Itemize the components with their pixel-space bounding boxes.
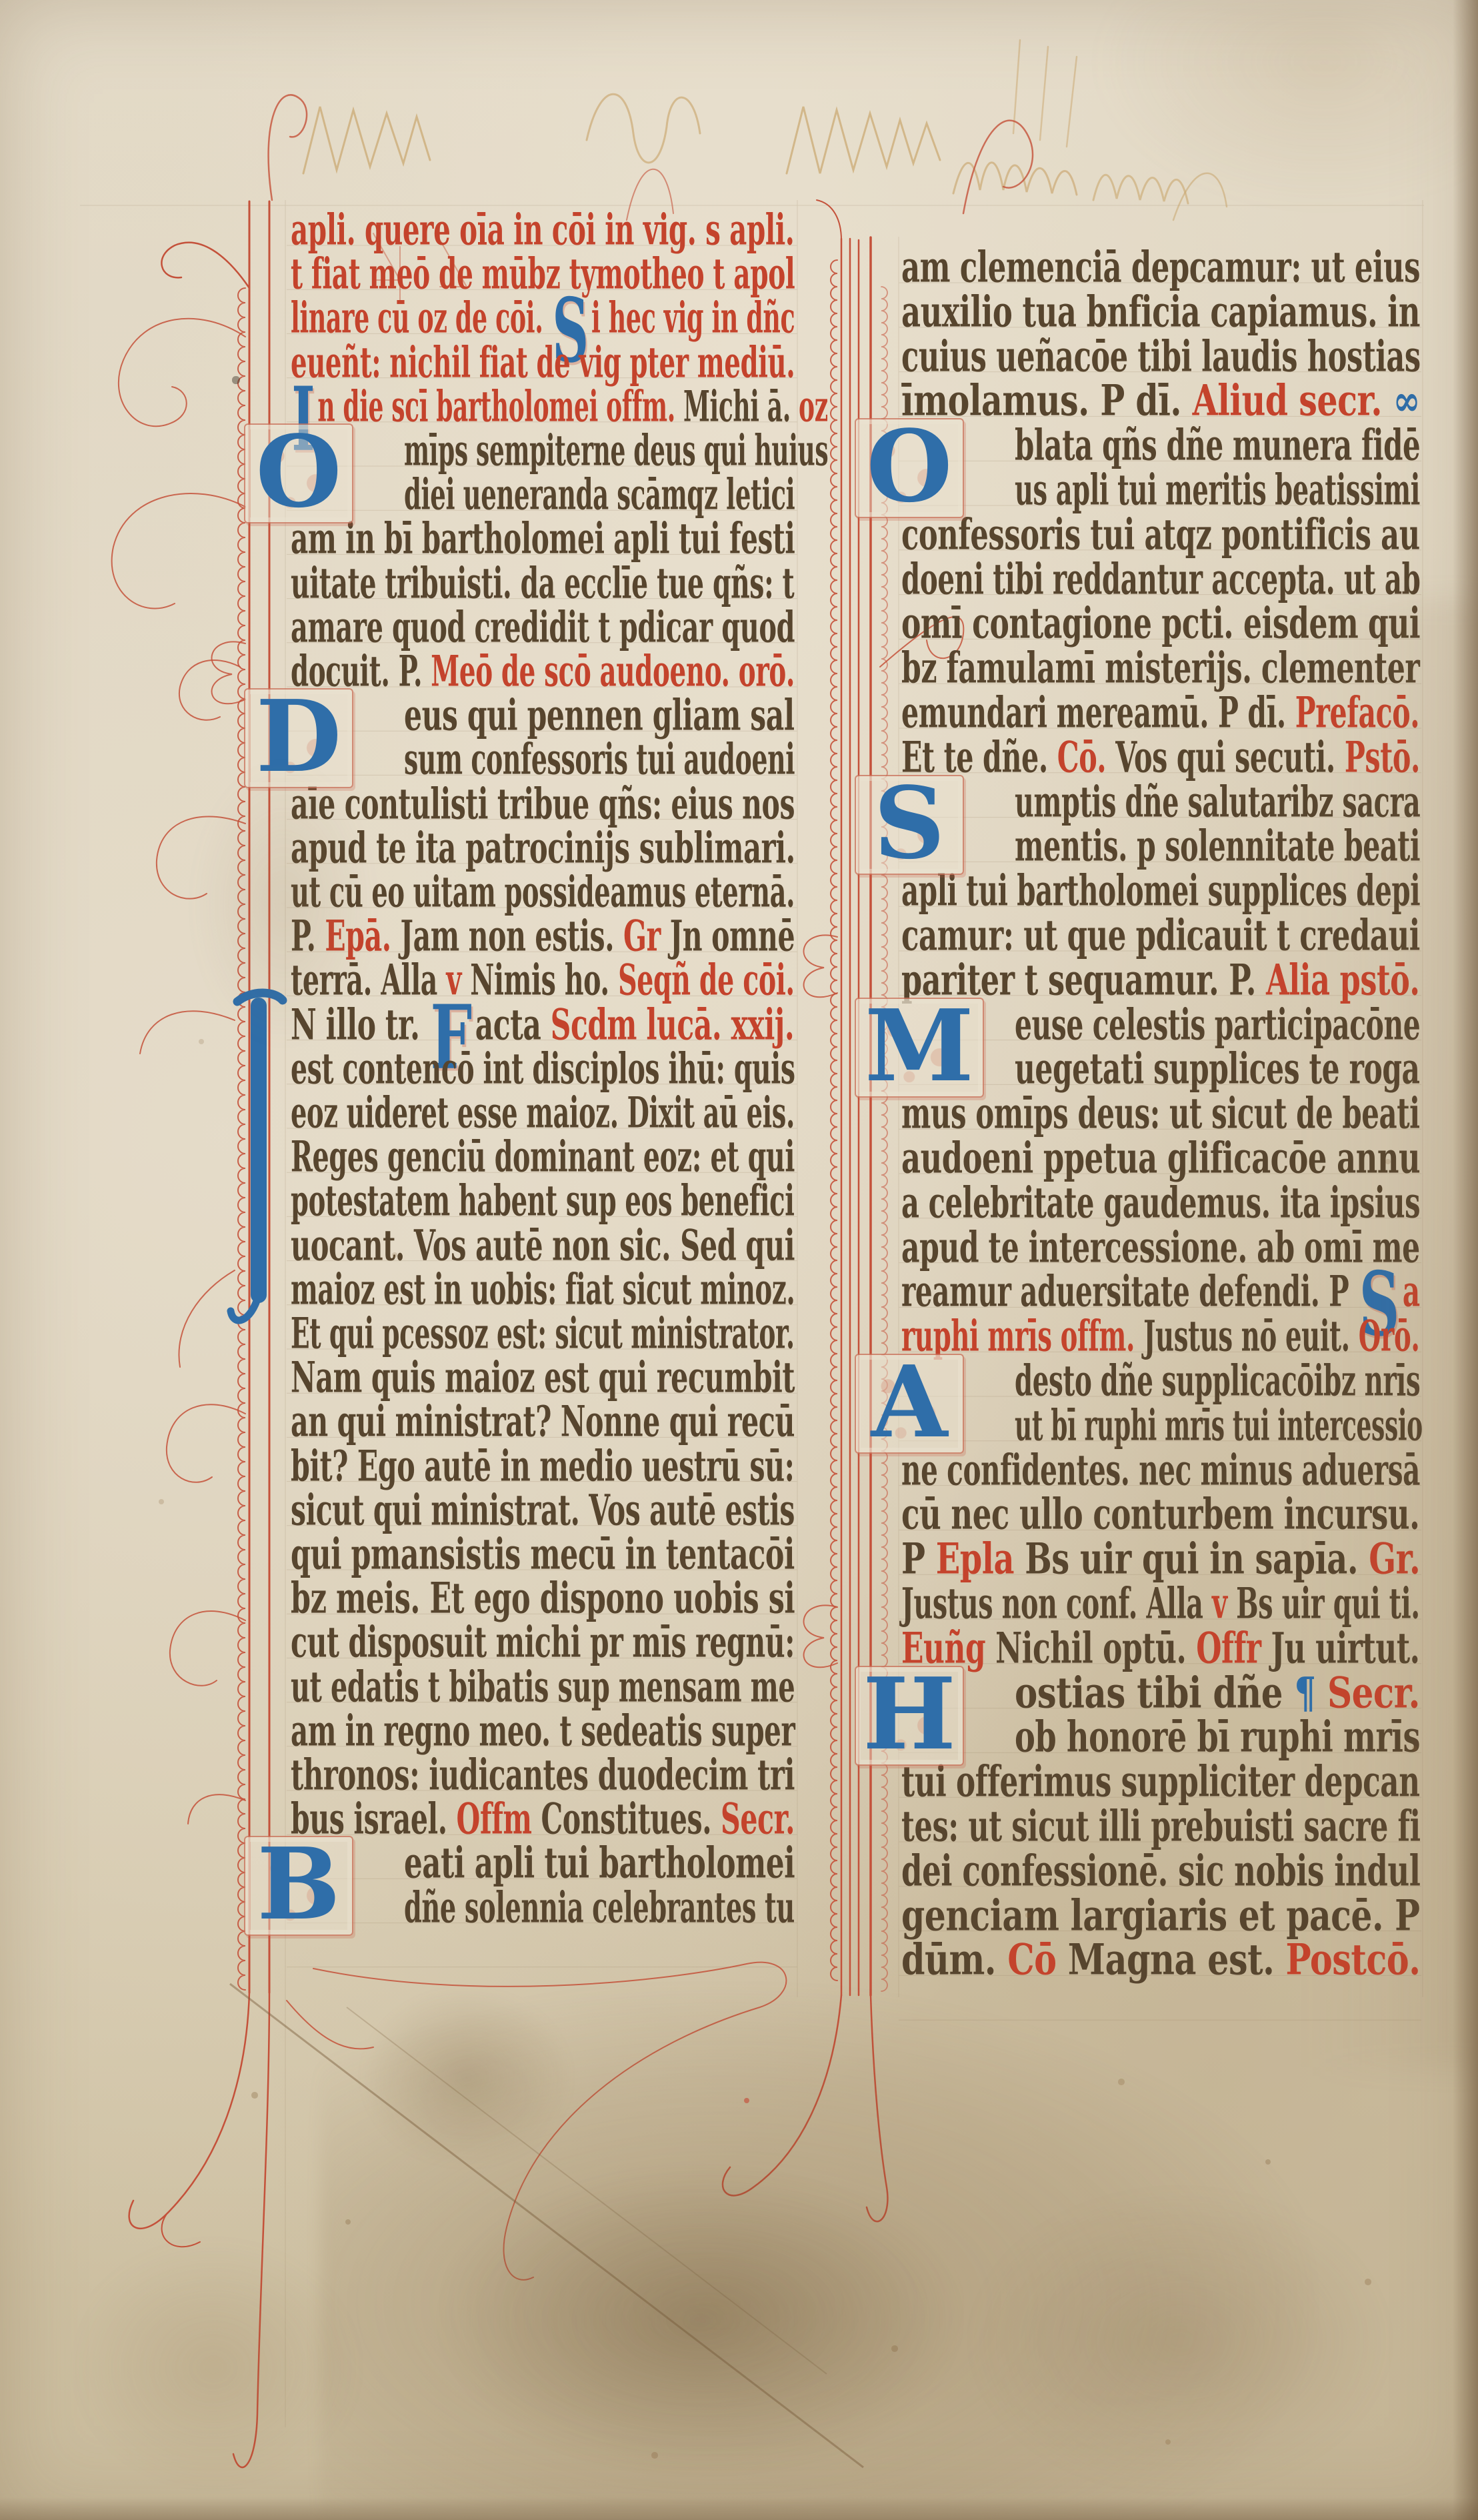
text-segment: genciam largiaris et pacē. P: [901, 1891, 1420, 1941]
text-segment: i hec vig in dñc: [591, 293, 795, 343]
text-line: terrā. Alla v Nimis ho. Seqñ de cōi.: [291, 958, 795, 1002]
text-segment: v: [1212, 1578, 1236, 1628]
text-segment: uegetati supplices te roga: [1015, 1044, 1420, 1094]
text-line: desto dñe supplicacōibz nrīs: [1015, 1359, 1420, 1403]
stain-bottom-left-corner: [67, 2241, 360, 2494]
text-line: tes: ut sicut illi prebuisti sacre fi: [901, 1804, 1421, 1848]
text-line: mus omīps deus: ut sicut de beati: [901, 1092, 1420, 1136]
text-segment: Bs uir qui ti.: [1236, 1578, 1420, 1628]
text-line: blata qñs dñe munera fidē: [1015, 423, 1420, 467]
page-edge-bottom: [0, 2497, 1478, 2520]
text-line: eoz uideret esse maioz. Dixit aū eis.: [291, 1091, 795, 1135]
text-line: Nam quis maioz est qui recumbit: [291, 1356, 795, 1400]
text-line: uitate tribuisti. da ecclīe tue qñs: t: [291, 561, 794, 605]
text-segment: Jam non estis.: [401, 911, 623, 961]
text-segment: ut bī ruphi mrīs tui intercessio: [1015, 1400, 1423, 1450]
text-segment: Cō.: [1057, 732, 1115, 782]
text-segment: Pstō.: [1345, 732, 1420, 782]
text-segment: Scdm lucā. xxij.: [551, 1000, 794, 1050]
text-segment: blata qñs dñe munera fidē: [1015, 420, 1420, 470]
text-segment: Offr: [1196, 1623, 1271, 1673]
text-line: ruphi mrīs offm. Justus nō euit. Orō.: [901, 1314, 1419, 1358]
text-segment: Orō.: [1359, 1311, 1420, 1361]
illuminated-initial-A: A: [855, 1354, 964, 1454]
text-line: omī contagione pcti. eisdem qui: [901, 601, 1420, 646]
text-line: P Epla Bs uir qui in sapīa. Gr.: [901, 1537, 1420, 1581]
text-segment: sicut qui ministrat. Vos autē estis: [291, 1485, 795, 1535]
text-line: cuius ueñacōe tibi laudis hostias: [901, 335, 1421, 379]
text-segment: Jn omnē: [670, 911, 795, 961]
text-segment: Seqñ de cōi.: [618, 955, 795, 1005]
text-line: apud te ita patrocinijs sublimari.: [291, 826, 795, 870]
text-segment: Epla: [936, 1534, 1025, 1584]
text-line: P. Epā. Jam non estis. Gr Jn omnē: [291, 914, 795, 958]
text-segment: Epā.: [325, 911, 400, 961]
text-segment: am clemenciā depcamur: ut eius: [901, 242, 1420, 292]
text-line: audoeni ppetua glificacōe annu: [901, 1136, 1420, 1180]
text-line: ut cū eo uitam possideamus eternā.: [291, 870, 795, 914]
text-segment: Nimis ho.: [470, 955, 618, 1005]
text-segment: N illo tr.: [291, 1000, 429, 1050]
text-line: dei confessionē. sic nobis indul: [901, 1849, 1420, 1893]
text-line: umptis dñe salutaribz sacra: [1015, 780, 1420, 824]
text-segment: am in bī bartholomei apli tui festi: [291, 513, 795, 563]
text-segment: qui pmansistis mecū in tentacōi: [291, 1529, 795, 1579]
text-segment: eueñt: nichil fiat de vig pter mediū.: [291, 337, 795, 387]
text-line: N illo tr. Facta Scdm lucā. xxij.: [291, 1003, 794, 1047]
text-line: mentis. p solennitate beati: [1015, 824, 1420, 868]
text-line: genciam largiaris et pacē. P: [901, 1894, 1420, 1938]
text-segment: doeni tibi reddantur accepta. ut ab: [901, 554, 1420, 604]
text-line: Justus non conf. Alla v Bs uir qui ti.: [901, 1582, 1420, 1626]
text-line: īmolamus. P dī. Aliud secr. ∞: [901, 379, 1420, 423]
illuminated-initial-M: M: [855, 998, 984, 1098]
text-line: confessoris tui atqz pontificis au: [901, 513, 1420, 557]
stain-large-bottom: [320, 1987, 1320, 2514]
text-segment: confessoris tui atqz pontificis au: [901, 509, 1420, 559]
text-line: t fiat meō de mūbz tymotheo t apol: [291, 252, 795, 296]
stain-bottom-right: [967, 2187, 1393, 2494]
text-segment: mīps sempiterne deus qui huius: [404, 425, 828, 475]
text-segment: tes: ut sicut illi prebuisti sacre fi: [901, 1801, 1421, 1851]
text-line: am clemenciā depcamur: ut eius: [901, 245, 1420, 289]
text-segment: euse celestis participacōne: [1015, 1000, 1420, 1050]
text-line: qui pmansistis mecū in tentacōi: [291, 1532, 795, 1576]
text-segment: Gr: [623, 911, 670, 961]
text-segment: apud te ita patrocinijs sublimari.: [291, 823, 795, 873]
text-segment: tui offerimus suppliciter depcan: [901, 1756, 1420, 1806]
text-line: eati apli tui bartholomei: [404, 1841, 795, 1885]
text-segment: apud te intercessione. ab omī me: [901, 1222, 1420, 1272]
text-segment: Postcō.: [1285, 1935, 1420, 1985]
text-segment: ¶: [1294, 1668, 1327, 1718]
illuminated-initial-B: B: [244, 1836, 353, 1936]
stain-below-left-column: [360, 1987, 573, 2167]
text-segment: Secr.: [721, 1794, 795, 1844]
text-line: dñe solennia celebrantes tu: [404, 1886, 795, 1930]
text-line: eueñt: nichil fiat de vig pter mediū.: [291, 341, 795, 385]
illuminated-initial-O: O: [244, 423, 353, 523]
text-line: camur: ut que pdicauit t credaui: [901, 914, 1420, 958]
text-segment: Justus nō euit.: [1143, 1311, 1359, 1361]
text-line: sicut qui ministrat. Vos autē estis: [291, 1488, 795, 1532]
text-line: auxilio tua bnficia capiamus. in: [901, 290, 1420, 334]
text-segment: bz meis. Et ego dispono uobis si: [291, 1573, 795, 1623]
text-line: bus israel. Offm Constitues. Secr.: [291, 1797, 795, 1841]
text-line: us apli tui meritis beatissimi: [1015, 468, 1420, 512]
text-segment: potestatem habent sup eos benefici: [291, 1176, 795, 1226]
text-segment: Michi ā.: [683, 381, 799, 431]
manuscript-page: apli. quere oīa in cōi in vig. s apli.t …: [0, 0, 1478, 2520]
text-segment: dñe solennia celebrantes tu: [404, 1882, 795, 1933]
text-segment: ut cū eo uitam possideamus eternā.: [291, 867, 795, 917]
text-line: cū nec ullo conturbem incursu.: [901, 1492, 1419, 1536]
text-line: Euñg Nichil optū. Offr Ju uirtut.: [901, 1626, 1420, 1670]
text-segment: uocant. Vos autē non sic. Sed qui: [291, 1220, 795, 1270]
illuminated-initial-O: O: [855, 418, 964, 518]
text-line: bit? Ego autē in medio uestrū sū:: [291, 1444, 794, 1488]
text-segment: est contencō int disciplos ihū: quis: [291, 1044, 795, 1094]
text-line: Et qui pcessoz est: sicut ministrator.: [291, 1312, 795, 1356]
text-line: am in regno meo. t sedeatis super: [291, 1709, 795, 1753]
page-edge-right: [1453, 0, 1478, 2520]
text-line: bz meis. Et ego dispono uobis si: [291, 1576, 795, 1620]
text-line: ut bī ruphi mrīs tui intercessio: [1015, 1404, 1423, 1448]
text-segment: a celebritate gaudemus. ita ipsius: [901, 1178, 1420, 1228]
text-line: linare cū oz de cōi. Si hec vig in dñc: [291, 296, 795, 340]
text-segment: dūm.: [901, 1935, 1007, 1985]
text-segment: Constitues.: [541, 1794, 721, 1844]
text-line: euse celestis participacōne: [1015, 1003, 1420, 1047]
text-segment: Reges genciū dominant eoz: et qui: [291, 1132, 795, 1182]
text-line: tui offerimus suppliciter depcan: [901, 1760, 1420, 1804]
text-segment: sum confessoris tui audoeni: [404, 734, 795, 784]
text-segment: uitate tribuisti. da ecclīe tue qñs: t: [291, 558, 794, 608]
text-segment: oz: [799, 381, 828, 431]
text-segment: t fiat meō de mūbz tymotheo t apol: [291, 249, 795, 299]
text-segment: cut disposuit michi pr mīs regnū:: [291, 1617, 795, 1667]
text-segment: linare cū oz de cōi.: [291, 293, 551, 343]
text-line: dūm. Cō Magna est. Postcō.: [901, 1938, 1420, 1982]
text-line: In die scī bartholomei offm. Michi ā. oz: [291, 385, 828, 429]
text-segment: Prefacō.: [1295, 688, 1419, 738]
text-line: ostias tibi dñe ¶ Secr.: [1015, 1671, 1420, 1715]
text-segment: am in regno meo. t sedeatis super: [291, 1706, 795, 1756]
text-segment: desto dñe supplicacōibz nrīs: [1015, 1356, 1420, 1406]
text-line: an qui ministrat? Nonne qui recū: [291, 1400, 795, 1444]
text-segment: cuius ueñacōe tibi laudis hostias: [901, 331, 1421, 381]
text-line: doeni tibi reddantur accepta. ut ab: [901, 557, 1420, 601]
text-segment: aīe contulisti tribue qñs: eius nos: [291, 779, 795, 829]
text-line: ob honorē bī ruphi mrīs: [1015, 1715, 1420, 1759]
text-segment: apli. quere oīa in cōi in vig. s apli.: [291, 205, 794, 255]
illuminated-initial-D: D: [244, 688, 353, 788]
text-segment: mentis. p solennitate beati: [1015, 821, 1420, 871]
text-segment: ob honorē bī ruphi mrīs: [1015, 1712, 1420, 1762]
text-segment: bz famulamī misterijs. clementer: [901, 643, 1419, 693]
text-line: uocant. Vos autē non sic. Sed qui: [291, 1224, 795, 1268]
text-segment: auxilio tua bnficia capiamus. in: [901, 287, 1420, 337]
text-line: apli. quere oīa in cōi in vig. s apli.: [291, 208, 794, 252]
illuminated-initial-H: H: [855, 1666, 964, 1766]
text-segment: Nam quis maioz est qui recumbit: [291, 1352, 795, 1402]
text-segment: n die scī bartholomei offm.: [317, 381, 683, 431]
text-segment: a: [1403, 1266, 1420, 1316]
text-line: bz famulamī misterijs. clementer: [901, 646, 1419, 690]
text-segment: apli tui bartholomei supplices depi: [901, 866, 1420, 916]
text-segment: eus qui pennen gliam sal: [404, 690, 795, 740]
text-segment: umptis dñe salutaribz sacra: [1015, 777, 1420, 827]
illuminated-initial-S: S: [855, 775, 964, 875]
text-segment: Ju uirtut.: [1271, 1623, 1419, 1673]
text-segment: acta: [475, 1000, 551, 1050]
text-line: eus qui pennen gliam sal: [404, 694, 795, 738]
text-line: amare quod credidit t pdicar quod: [291, 605, 795, 650]
text-segment: P.: [291, 911, 325, 961]
text-segment: bit? Ego autē in medio uestrū sū:: [291, 1441, 794, 1491]
text-segment: diei ueneranda scāmqz letici: [404, 469, 795, 519]
text-segment: Alia pstō.: [1266, 955, 1419, 1005]
text-segment: Et qui pcessoz est: sicut ministrator.: [291, 1308, 795, 1358]
text-segment: ∞: [1393, 375, 1420, 425]
text-line: ut edatis t bibatis sup mensam me: [291, 1665, 795, 1709]
text-line: mīps sempiterne deus qui huius: [404, 429, 828, 473]
text-line: Reges genciū dominant eoz: et qui: [291, 1135, 795, 1179]
text-segment: audoeni ppetua glificacōe annu: [901, 1133, 1420, 1183]
text-segment: Meō de scō audoeno. orō.: [431, 646, 795, 696]
text-segment: ne confidentes. nec minus aduersā: [901, 1445, 1420, 1495]
text-segment: Bs uir qui in sapīa.: [1025, 1534, 1369, 1584]
text-line: apud te intercessione. ab omī me: [901, 1226, 1420, 1270]
text-segment: terrā. Alla: [291, 955, 446, 1005]
text-segment: eati apli tui bartholomei: [404, 1838, 795, 1888]
stain-dark-core: [427, 2161, 973, 2481]
text-segment: camur: ut que pdicauit t credaui: [901, 910, 1420, 960]
text-line: emundari mereamū. P dī. Prefacō.: [901, 691, 1419, 735]
text-line: pariter t sequamur. P. Alia pstō.: [901, 958, 1419, 1002]
text-segment: Cō: [1007, 1935, 1068, 1985]
text-line: reamur aduersitate defendi. P Sa: [901, 1270, 1420, 1314]
text-segment: an qui ministrat? Nonne qui recū: [291, 1396, 795, 1446]
text-segment: cū nec ullo conturbem incursu.: [901, 1489, 1419, 1539]
text-segment: Vos qui secuti.: [1115, 732, 1345, 782]
text-line: thronos: iudicantes duodecim tri: [291, 1753, 795, 1797]
text-line: diei ueneranda scāmqz letici: [404, 473, 795, 517]
text-segment: Offm: [457, 1794, 541, 1844]
text-segment: Secr.: [1327, 1668, 1420, 1718]
text-line: cut disposuit michi pr mīs regnū:: [291, 1620, 795, 1664]
text-line: maioz est in uobis: fiat sicut minoz.: [291, 1268, 795, 1312]
text-segment: Justus non conf. Alla: [901, 1578, 1212, 1628]
text-segment: thronos: iudicantes duodecim tri: [291, 1750, 795, 1800]
text-line: ne confidentes. nec minus aduersā: [901, 1448, 1420, 1492]
text-segment: Nichil optū.: [995, 1623, 1196, 1673]
text-segment: Magna est.: [1068, 1935, 1286, 1985]
stain-top-right: [1093, 0, 1478, 207]
text-line: Et te dñe. Cō. Vos qui secuti. Pstō.: [901, 736, 1420, 780]
text-segment: ostias tibi dñe: [1015, 1668, 1294, 1718]
text-segment: amare quod credidit t pdicar quod: [291, 602, 795, 652]
text-segment: reamur aduersitate defendi. P: [901, 1266, 1358, 1316]
text-line: docuit. P. Meō de scō audoeno. orō.: [291, 650, 795, 694]
text-segment: Aliud secr.: [1193, 375, 1393, 425]
text-line: am in bī bartholomei apli tui festi: [291, 517, 795, 561]
text-segment: emundari mereamū. P dī.: [901, 688, 1295, 738]
text-segment: ut edatis t bibatis sup mensam me: [291, 1662, 795, 1712]
text-segment: omī contagione pcti. eisdem qui: [901, 598, 1420, 648]
text-line: apli tui bartholomei supplices depi: [901, 869, 1420, 913]
foxing-specks: [0, 0, 3, 3]
text-line: aīe contulisti tribue qñs: eius nos: [291, 782, 795, 826]
text-segment: Gr.: [1369, 1534, 1420, 1584]
text-segment: maioz est in uobis: fiat sicut minoz.: [291, 1264, 795, 1314]
text-segment: P: [901, 1534, 936, 1584]
text-line: a celebritate gaudemus. ita ipsius: [901, 1181, 1420, 1225]
text-segment: us apli tui meritis beatissimi: [1015, 465, 1420, 515]
text-line: sum confessoris tui audoeni: [404, 738, 795, 782]
text-segment: eoz uideret esse maioz. Dixit aū eis.: [291, 1088, 795, 1138]
text-line: uegetati supplices te roga: [1015, 1047, 1420, 1091]
text-line: potestatem habent sup eos benefici: [291, 1179, 795, 1223]
text-line: est contencō int disciplos ihū: quis: [291, 1047, 795, 1091]
text-segment: dei confessionē. sic nobis indul: [901, 1846, 1420, 1896]
